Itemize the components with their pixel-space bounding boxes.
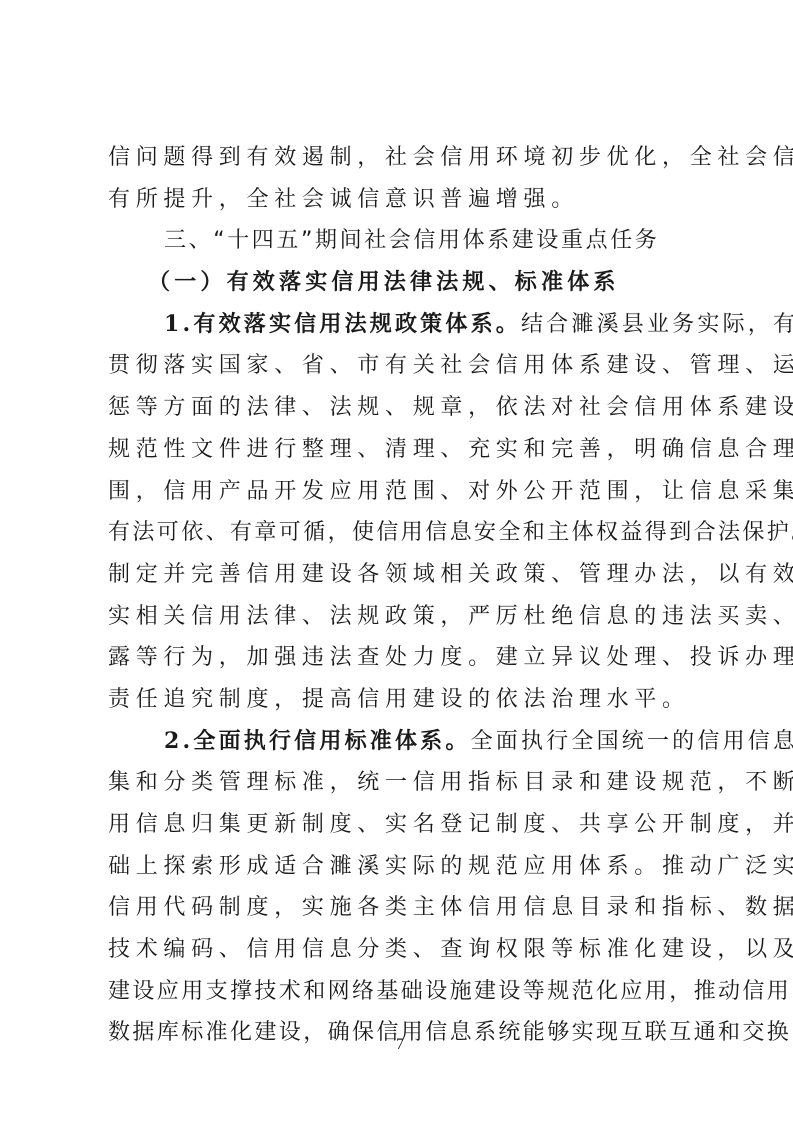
section-heading: 三、“十四五”期间社会信用体系建设重点任务 [108, 220, 692, 262]
paragraph-line: 础上探索形成适合濉溪实际的规范应用体系。推动广泛实施社会 [108, 846, 692, 888]
paragraph-line: 围，信用产品开发应用范围、对外公开范围，让信息采集、更新 [108, 471, 692, 513]
paragraph-line: 责任追究制度，提高信用建设的依法治理水平。 [108, 679, 692, 721]
document-page: 信问题得到有效遏制，社会信用环境初步优化，全社会信用水平 有所提升，全社会诚信意… [0, 0, 793, 1122]
page-number: 7 [390, 1036, 410, 1054]
paragraph-line: 建设应用支撑技术和网络基础设施建设等规范化应用，推动信用 [108, 971, 692, 1013]
paragraph-line: 信问题得到有效遏制，社会信用环境初步优化，全社会信用水平 [108, 137, 692, 179]
paragraph-line: 信用代码制度，实施各类主体信用信息目录和指标、数据格式、 [108, 887, 692, 929]
paragraph-line: 露等行为，加强违法查处力度。建立异议处理、投诉办理和侵权 [108, 637, 692, 679]
paragraph-line: 惩等方面的法律、法规、规章，依法对社会信用体系建设方面的 [108, 387, 692, 429]
item2-first-line: 2.全面执行信用标准体系。全面执行全国统一的信用信息采 [108, 721, 692, 763]
paragraph-line: 用信息归集更新制度、实名登记制度、共享公开制度，并在此基 [108, 804, 692, 846]
item1-lead: 1.有效落实信用法规政策体系。 [164, 311, 521, 337]
subsection-heading: （一）有效落实信用法律法规、标准体系 [108, 262, 692, 304]
paragraph-line: 有所提升，全社会诚信意识普遍增强。 [108, 179, 692, 221]
paragraph-line: 有法可依、有章可循，使信用信息安全和主体权益得到合法保护。 [108, 512, 692, 554]
item2-first-line-rest: 全面执行全国统一的信用信息采 [471, 729, 793, 754]
paragraph-line: 规范性文件进行整理、清理、充实和完善，明确信息合理使用范 [108, 429, 692, 471]
paragraph-line: 贯彻落实国家、省、市有关社会信用体系建设、管理、运行、奖 [108, 345, 692, 387]
paragraph-line: 集和分类管理标准，统一信用指标目录和建设规范，不断完善信 [108, 762, 692, 804]
item2-lead: 2.全面执行信用标准体系。 [164, 728, 471, 754]
item1-first-line-rest: 结合濉溪县业务实际，有效 [521, 312, 793, 337]
paragraph-line: 制定并完善信用建设各领域相关政策、管理办法，以有效协助落 [108, 554, 692, 596]
paragraph-line: 技术编码、信用信息分类、查询权限等标准化建设，以及数据库 [108, 929, 692, 971]
paragraph-line: 实相关信用法律、法规政策，严厉杜绝信息的违法买卖、隐私泄 [108, 596, 692, 638]
item1-first-line: 1.有效落实信用法规政策体系。结合濉溪县业务实际，有效 [108, 304, 692, 346]
body-text: 信问题得到有效遏制，社会信用环境初步优化，全社会信用水平 有所提升，全社会诚信意… [108, 137, 692, 1054]
